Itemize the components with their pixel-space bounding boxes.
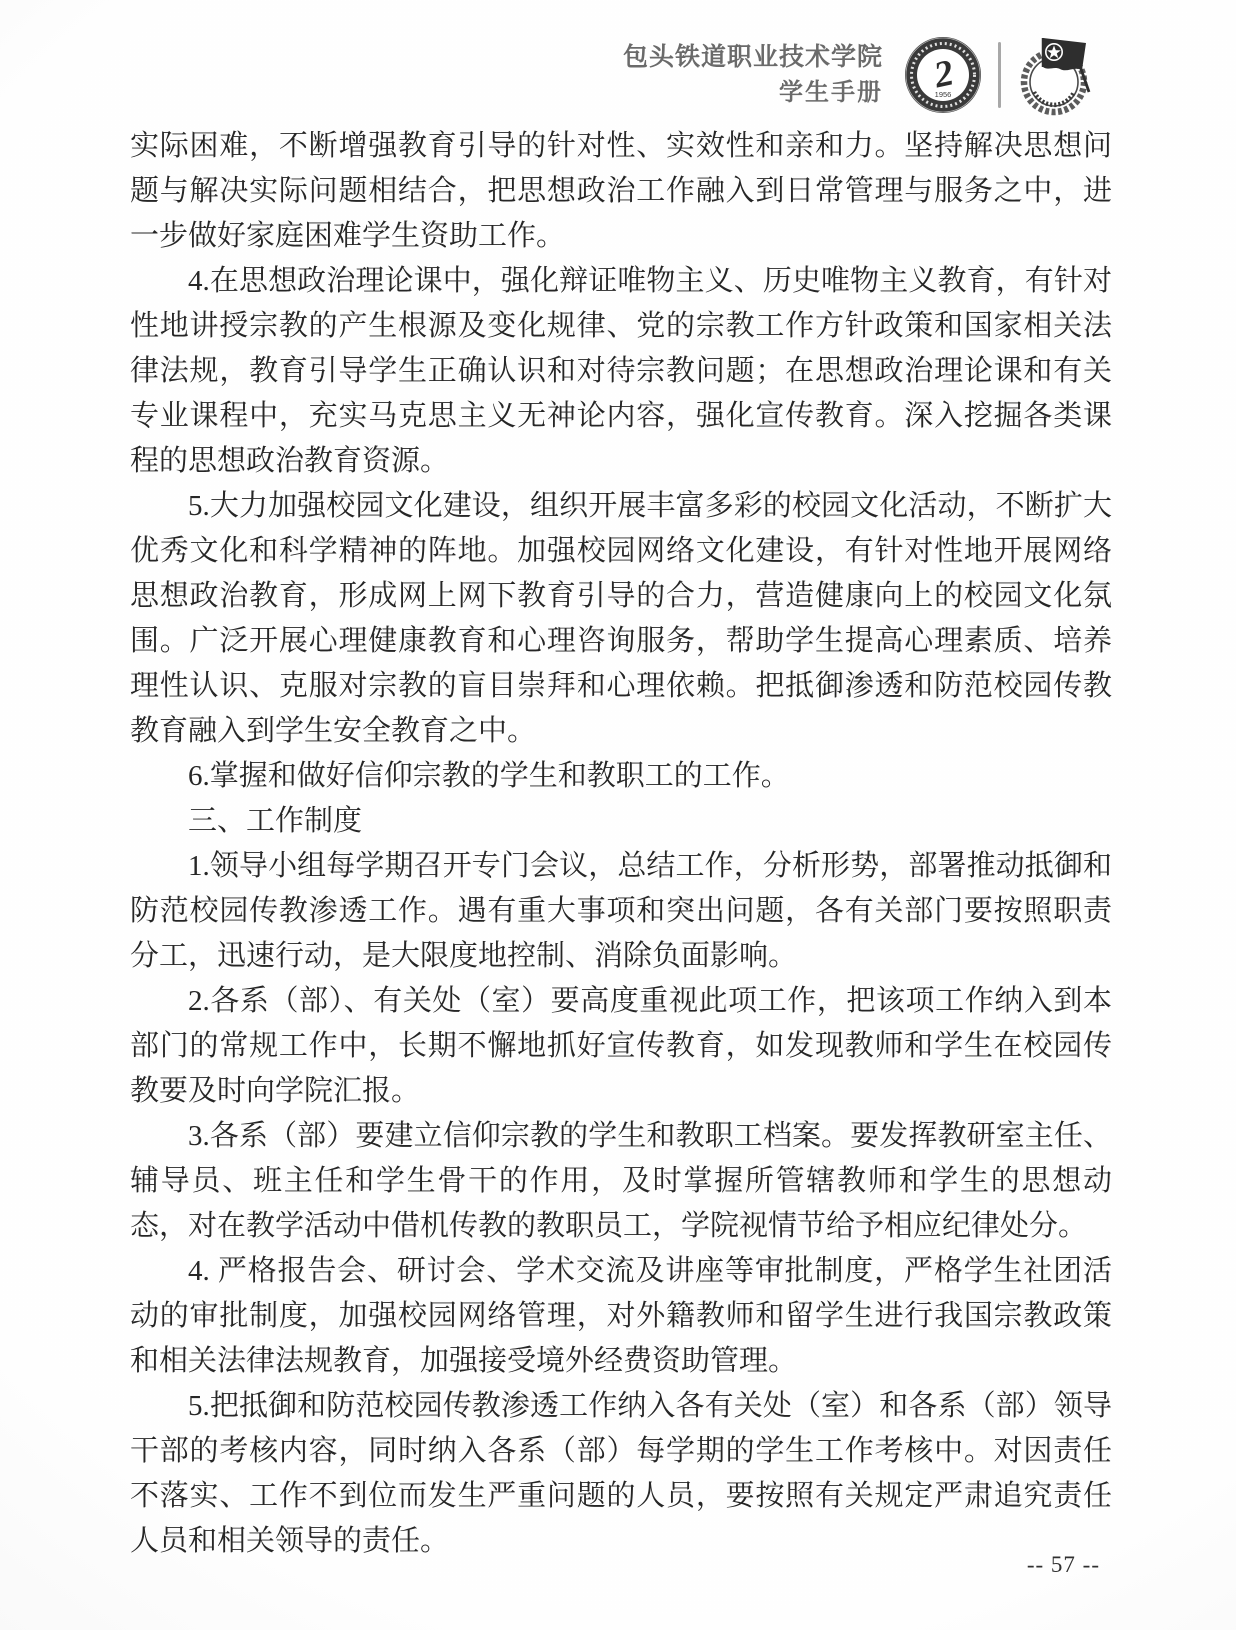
college-seal-icon: 2 1956 — [903, 35, 983, 115]
paragraph-rule-1: 1.领导小组每学期召开专门会议，总结工作，分析形势，部署推动抵御和防范校园传教渗… — [130, 844, 1112, 979]
paragraph-continuation: 实际困难，不断增强教育引导的针对性、实效性和亲和力。坚持解决思想问题与解决实际问… — [130, 124, 1112, 259]
document-page: 包头铁道职业技术学院 学生手册 2 1956 — [0, 0, 1236, 1630]
document-body: 实际困难，不断增强教育引导的针对性、实效性和亲和力。坚持解决思想问题与解决实际问… — [130, 124, 1112, 1564]
paragraph-rule-3: 3.各系（部）要建立信仰宗教的学生和教职工档案。要发挥教研室主任、辅导员、班主任… — [130, 1114, 1112, 1249]
seal-year: 1956 — [935, 90, 952, 99]
paragraph-rule-5: 5.把抵御和防范校园传教渗透工作纳入各有关处（室）和各系（部）领导干部的考核内容… — [130, 1384, 1112, 1564]
paragraph-rule-2: 2.各系（部）、有关处（室）要高度重视此项工作，把该项工作纳入到本部门的常规工作… — [130, 979, 1112, 1114]
section-heading-work-system: 三、工作制度 — [130, 799, 1112, 844]
handbook-title: 学生手册 — [623, 78, 883, 108]
paragraph-item-4: 4.在思想政治理论课中，强化辩证唯物主义、历史唯物主义教育，有针对性地讲授宗教的… — [130, 259, 1112, 484]
communist-youth-league-badge-icon — [1016, 32, 1094, 118]
page-header: 包头铁道职业技术学院 学生手册 2 1956 — [623, 32, 1094, 118]
paragraph-item-5: 5.大力加强校园文化建设，组织开展丰富多彩的校园文化活动，不断扩大优秀文化和科学… — [130, 484, 1112, 754]
paragraph-rule-4: 4. 严格报告会、研讨会、学术交流及讲座等审批制度，严格学生社团活动的审批制度，… — [130, 1249, 1112, 1384]
paragraph-item-6: 6.掌握和做好信仰宗教的学生和教职工的工作。 — [130, 754, 1112, 799]
page-number: -- 57 -- — [1027, 1552, 1100, 1578]
institution-name: 包头铁道职业技术学院 — [623, 42, 883, 73]
header-titles: 包头铁道职业技术学院 学生手册 — [623, 42, 883, 108]
header-divider — [998, 42, 1001, 108]
